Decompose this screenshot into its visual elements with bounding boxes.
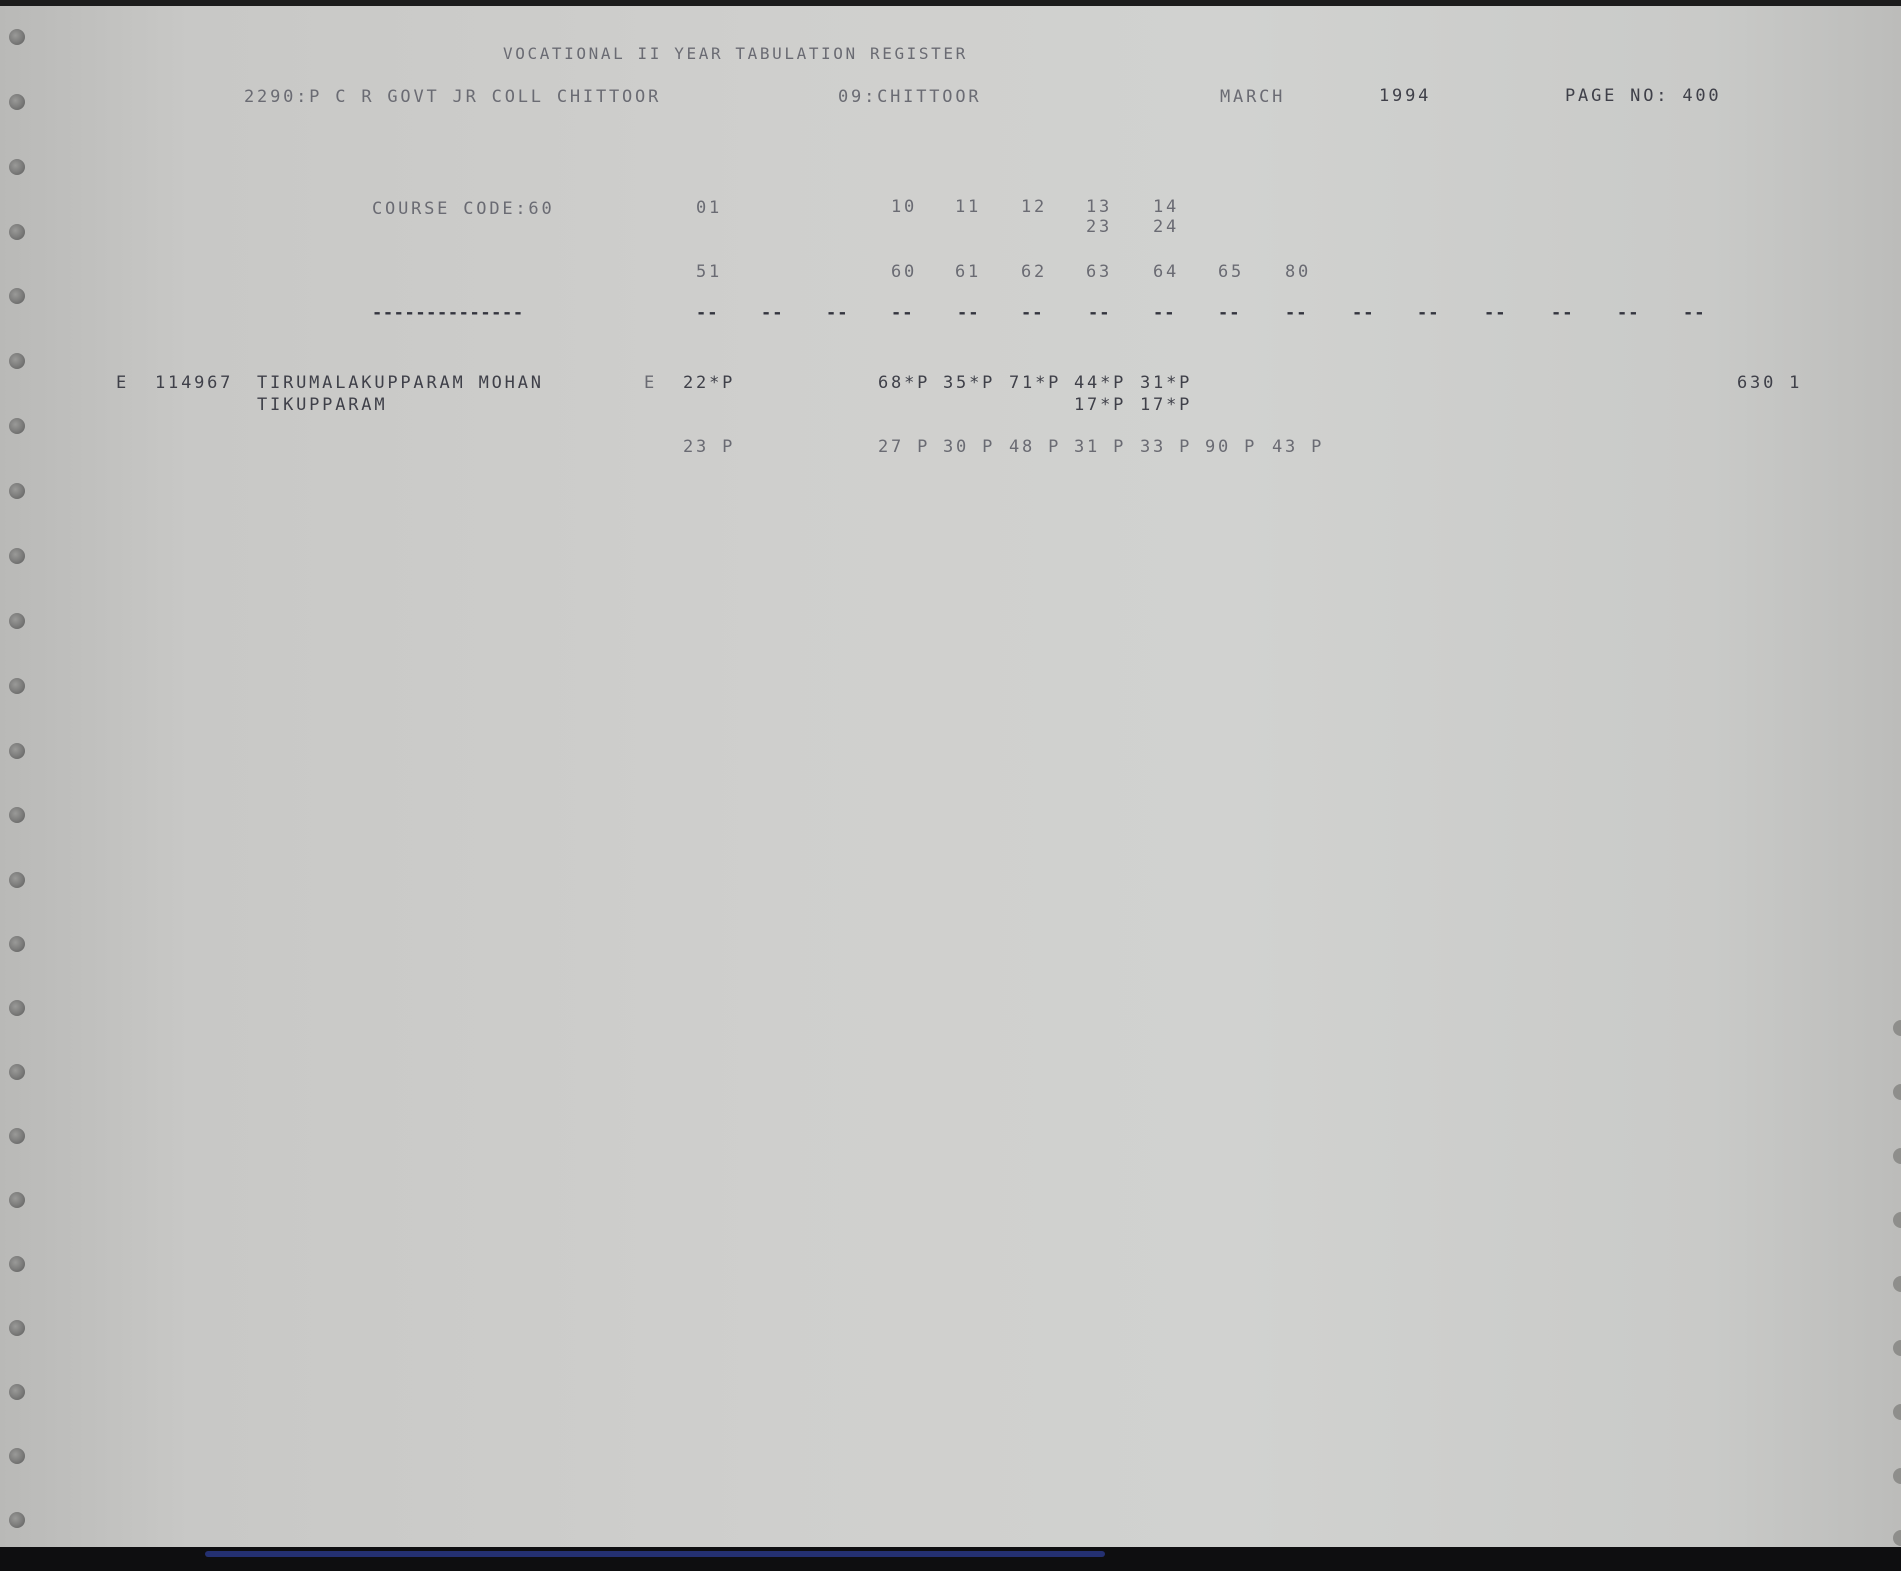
col-header: 51 [696,262,722,282]
paper-bottom-edge [0,1547,1901,1571]
mark-cell: 71*P [1009,373,1061,393]
col-header: 80 [1285,262,1311,282]
mark-cell: 43 P [1272,437,1324,457]
col-header: 01 [696,198,722,218]
student-name-line2: TIKUPPARAM [257,395,387,415]
col-header: 63 [1086,262,1112,282]
separator-dash: -- [1218,303,1240,323]
hole-icon [1893,1404,1901,1420]
mark-cell-sub: 17*P [1140,395,1192,415]
total-marks: 630 1 [1737,373,1802,393]
separator-dash: -- [957,303,979,323]
district-name: 09:CHITTOOR [838,87,981,107]
exam-year: 1994 [1379,86,1431,106]
hole-icon [9,1384,25,1400]
hole-icon [9,1512,25,1528]
col-header: 13 [1086,197,1112,217]
mark-cell: 22*P [683,373,735,393]
hole-icon [9,224,25,240]
paper-top-edge [0,0,1901,6]
separator-dash: -- [1153,303,1175,323]
separator-dash: -- [1484,303,1506,323]
separator-dash: -- [1285,303,1307,323]
col-header: 61 [955,262,981,282]
hole-icon [9,418,25,434]
student-medium: E [644,373,657,393]
separator-dash: -- [1417,303,1439,323]
separator-dash: -- [1551,303,1573,323]
hole-icon [9,353,25,369]
separator-dash: -- [1021,303,1043,323]
col-header: 10 [891,197,917,217]
mark-cell: 31*P [1140,373,1192,393]
hole-icon [1893,1530,1901,1546]
separator-line: -------------- [372,303,524,323]
hole-icon [9,159,25,175]
separator-dash: -- [696,303,718,323]
hole-icon [9,1128,25,1144]
hole-icon [9,743,25,759]
mark-cell: 90 P [1205,437,1257,457]
col-header: 11 [955,197,981,217]
mark-cell: 27 P [878,437,930,457]
separator-dash: -- [1617,303,1639,323]
hole-icon [9,1448,25,1464]
hole-icon [1893,1212,1901,1228]
hole-icon [9,936,25,952]
col-header: 14 [1153,197,1179,217]
hole-icon [9,807,25,823]
hole-icon [1893,1084,1901,1100]
hole-icon [9,613,25,629]
mark-cell: 35*P [943,373,995,393]
separator-dash: -- [1088,303,1110,323]
hole-icon [9,678,25,694]
hole-icon [9,548,25,564]
mark-cell: 68*P [878,373,930,393]
col-header: 62 [1021,262,1047,282]
hole-icon [9,1320,25,1336]
hole-icon [9,1192,25,1208]
hole-icon [1893,1468,1901,1484]
mark-cell: 33 P [1140,437,1192,457]
mark-cell-sub: 17*P [1074,395,1126,415]
hole-icon [9,872,25,888]
course-code: COURSE CODE:60 [372,199,555,219]
separator-dash: -- [761,303,783,323]
col-header: 12 [1021,197,1047,217]
hole-icon [1893,1148,1901,1164]
separator-dash: -- [891,303,913,323]
hole-icon [9,29,25,45]
mark-cell: 44*P [1074,373,1126,393]
col-header: 65 [1218,262,1244,282]
hole-icon [1893,1020,1901,1036]
mark-cell: 30 P [943,437,995,457]
document-title: VOCATIONAL II YEAR TABULATION REGISTER [503,44,968,64]
hole-icon [1893,1276,1901,1292]
separator-dash: -- [1352,303,1374,323]
hole-icon [9,1256,25,1272]
separator-dash: -- [1683,303,1705,323]
hole-icon [9,1064,25,1080]
col-header: 64 [1153,262,1179,282]
hole-icon [9,94,25,110]
hole-icon [1893,1340,1901,1356]
mark-cell: 31 P [1074,437,1126,457]
college-name: 2290:P C R GOVT JR COLL CHITTOOR [244,87,661,107]
hole-icon [9,483,25,499]
separator-dash: -- [826,303,848,323]
page-number: PAGE NO: 400 [1565,86,1721,106]
mark-cell: 48 P [1009,437,1061,457]
student-name: TIRUMALAKUPPARAM MOHAN [257,373,544,393]
col-header: 60 [891,262,917,282]
hall-ticket-number: 114967 [155,373,233,393]
student-category: E [116,373,129,393]
col-header-sub: 23 [1086,217,1112,237]
exam-month: MARCH [1220,87,1285,107]
mark-cell: 23 P [683,437,735,457]
hole-icon [9,1000,25,1016]
hole-icon [9,288,25,304]
col-header-sub: 24 [1153,217,1179,237]
